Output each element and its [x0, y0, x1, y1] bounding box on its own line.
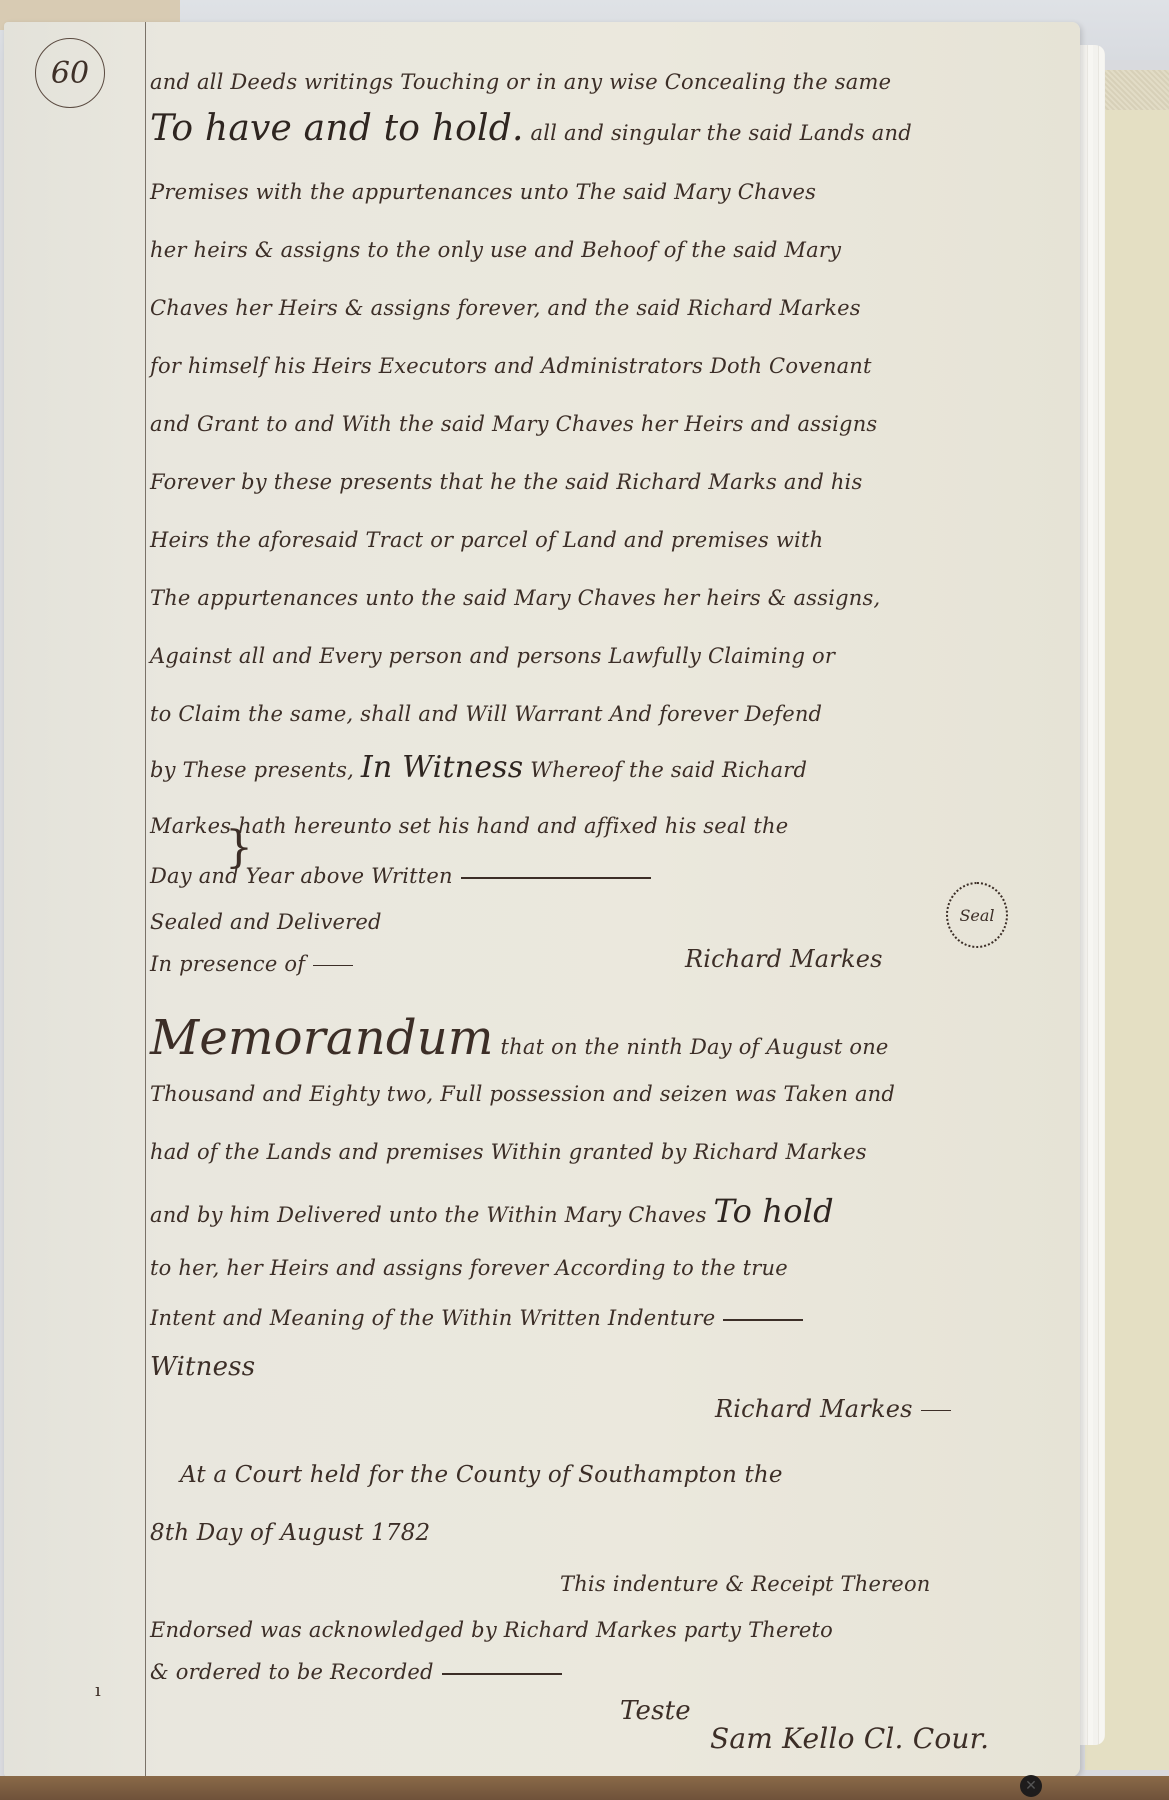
text-line: by These presents, In Witness Whereof th… — [150, 750, 807, 785]
text-segment: and by him Delivered unto the Within Mar… — [150, 1203, 707, 1227]
sealed-delivered-label: Sealed and Delivered — [150, 910, 382, 934]
testimonium-heading: In Witness — [361, 750, 524, 785]
wax-seal-icon: Seal — [946, 882, 1008, 948]
memorandum-signature: Richard Markes — [715, 1395, 951, 1423]
text-line: & ordered to be Recorded — [150, 1660, 562, 1684]
text-line: Against all and Every person and persons… — [150, 644, 835, 668]
text-segment: Whereof the said Richard — [530, 758, 807, 782]
to-hold-heading: To hold — [714, 1192, 834, 1230]
text-line: Endorsed was acknowledged by Richard Mar… — [150, 1618, 833, 1642]
teste-label: Teste — [620, 1696, 691, 1726]
margin-mark: ı — [95, 1680, 101, 1701]
text-segment: Intent and Meaning of the Within Written… — [150, 1306, 715, 1330]
text-line: Chaves her Heirs & assigns forever, and … — [150, 296, 861, 320]
text-line: for himself his Heirs Executors and Admi… — [150, 354, 872, 378]
court-date: 8th Day of August 1782 — [150, 1520, 430, 1546]
text-line: and by him Delivered unto the Within Mar… — [150, 1192, 834, 1230]
attestation-brace: } — [225, 822, 253, 873]
clerk-signature: Sam Kello Cl. Cour. — [710, 1722, 989, 1755]
habendum-heading: To have and to hold. — [150, 108, 524, 149]
memorandum-line: Memorandum that on the ninth Day of Augu… — [150, 1010, 889, 1066]
flourish-rule — [921, 1410, 951, 1411]
text-line: Thousand and Eighty two, Full possession… — [150, 1082, 895, 1106]
text-line: her heirs & assigns to the only use and … — [150, 238, 841, 262]
text-segment: that on the ninth Day of August one — [501, 1035, 889, 1059]
text-line: Intent and Meaning of the Within Written… — [150, 1306, 803, 1330]
text-line: Premises with the appurtenances unto The… — [150, 180, 816, 204]
text-segment: & ordered to be Recorded — [150, 1660, 434, 1684]
wooden-shelf — [0, 1776, 1169, 1800]
screw-icon: ✕ — [1020, 1775, 1042, 1797]
memorandum-heading: Memorandum — [150, 1010, 494, 1066]
text-line-continued: all and singular the said Lands and — [531, 121, 912, 145]
court-line: At a Court held for the County of Southa… — [180, 1462, 783, 1488]
text-line: and all Deeds writings Touching or in an… — [150, 70, 891, 94]
text-segment: Richard Markes — [715, 1395, 913, 1423]
margin-rule — [145, 22, 146, 1777]
text-line: and Grant to and With the said Mary Chav… — [150, 412, 877, 436]
text-line: To have and to hold. all and singular th… — [150, 108, 912, 149]
text-line: to her, her Heirs and assigns forever Ac… — [150, 1256, 788, 1280]
flourish-rule — [313, 965, 353, 966]
flourish-rule — [461, 877, 651, 879]
text-line: Forever by these presents that he the sa… — [150, 470, 862, 494]
text-line: The appurtenances unto the said Mary Cha… — [150, 586, 880, 610]
flourish-rule — [442, 1673, 562, 1675]
text-line: to Claim the same, shall and Will Warran… — [150, 702, 822, 726]
text-line: Heirs the aforesaid Tract or parcel of L… — [150, 528, 823, 552]
flourish-rule — [723, 1319, 803, 1321]
text-segment: by These presents, — [150, 758, 354, 782]
text-segment: Day and Year above Written — [150, 864, 453, 888]
ledger-page — [4, 22, 1080, 1777]
text-segment: In presence of — [150, 952, 305, 976]
text-line: had of the Lands and premises Within gra… — [150, 1140, 867, 1164]
text-line: This indenture & Receipt Thereon — [560, 1572, 931, 1596]
in-presence-label: In presence of — [150, 952, 353, 976]
grantor-signature: Richard Markes — [685, 945, 883, 973]
witness-label: Witness — [150, 1352, 255, 1382]
folio-number: 60 — [35, 38, 105, 108]
